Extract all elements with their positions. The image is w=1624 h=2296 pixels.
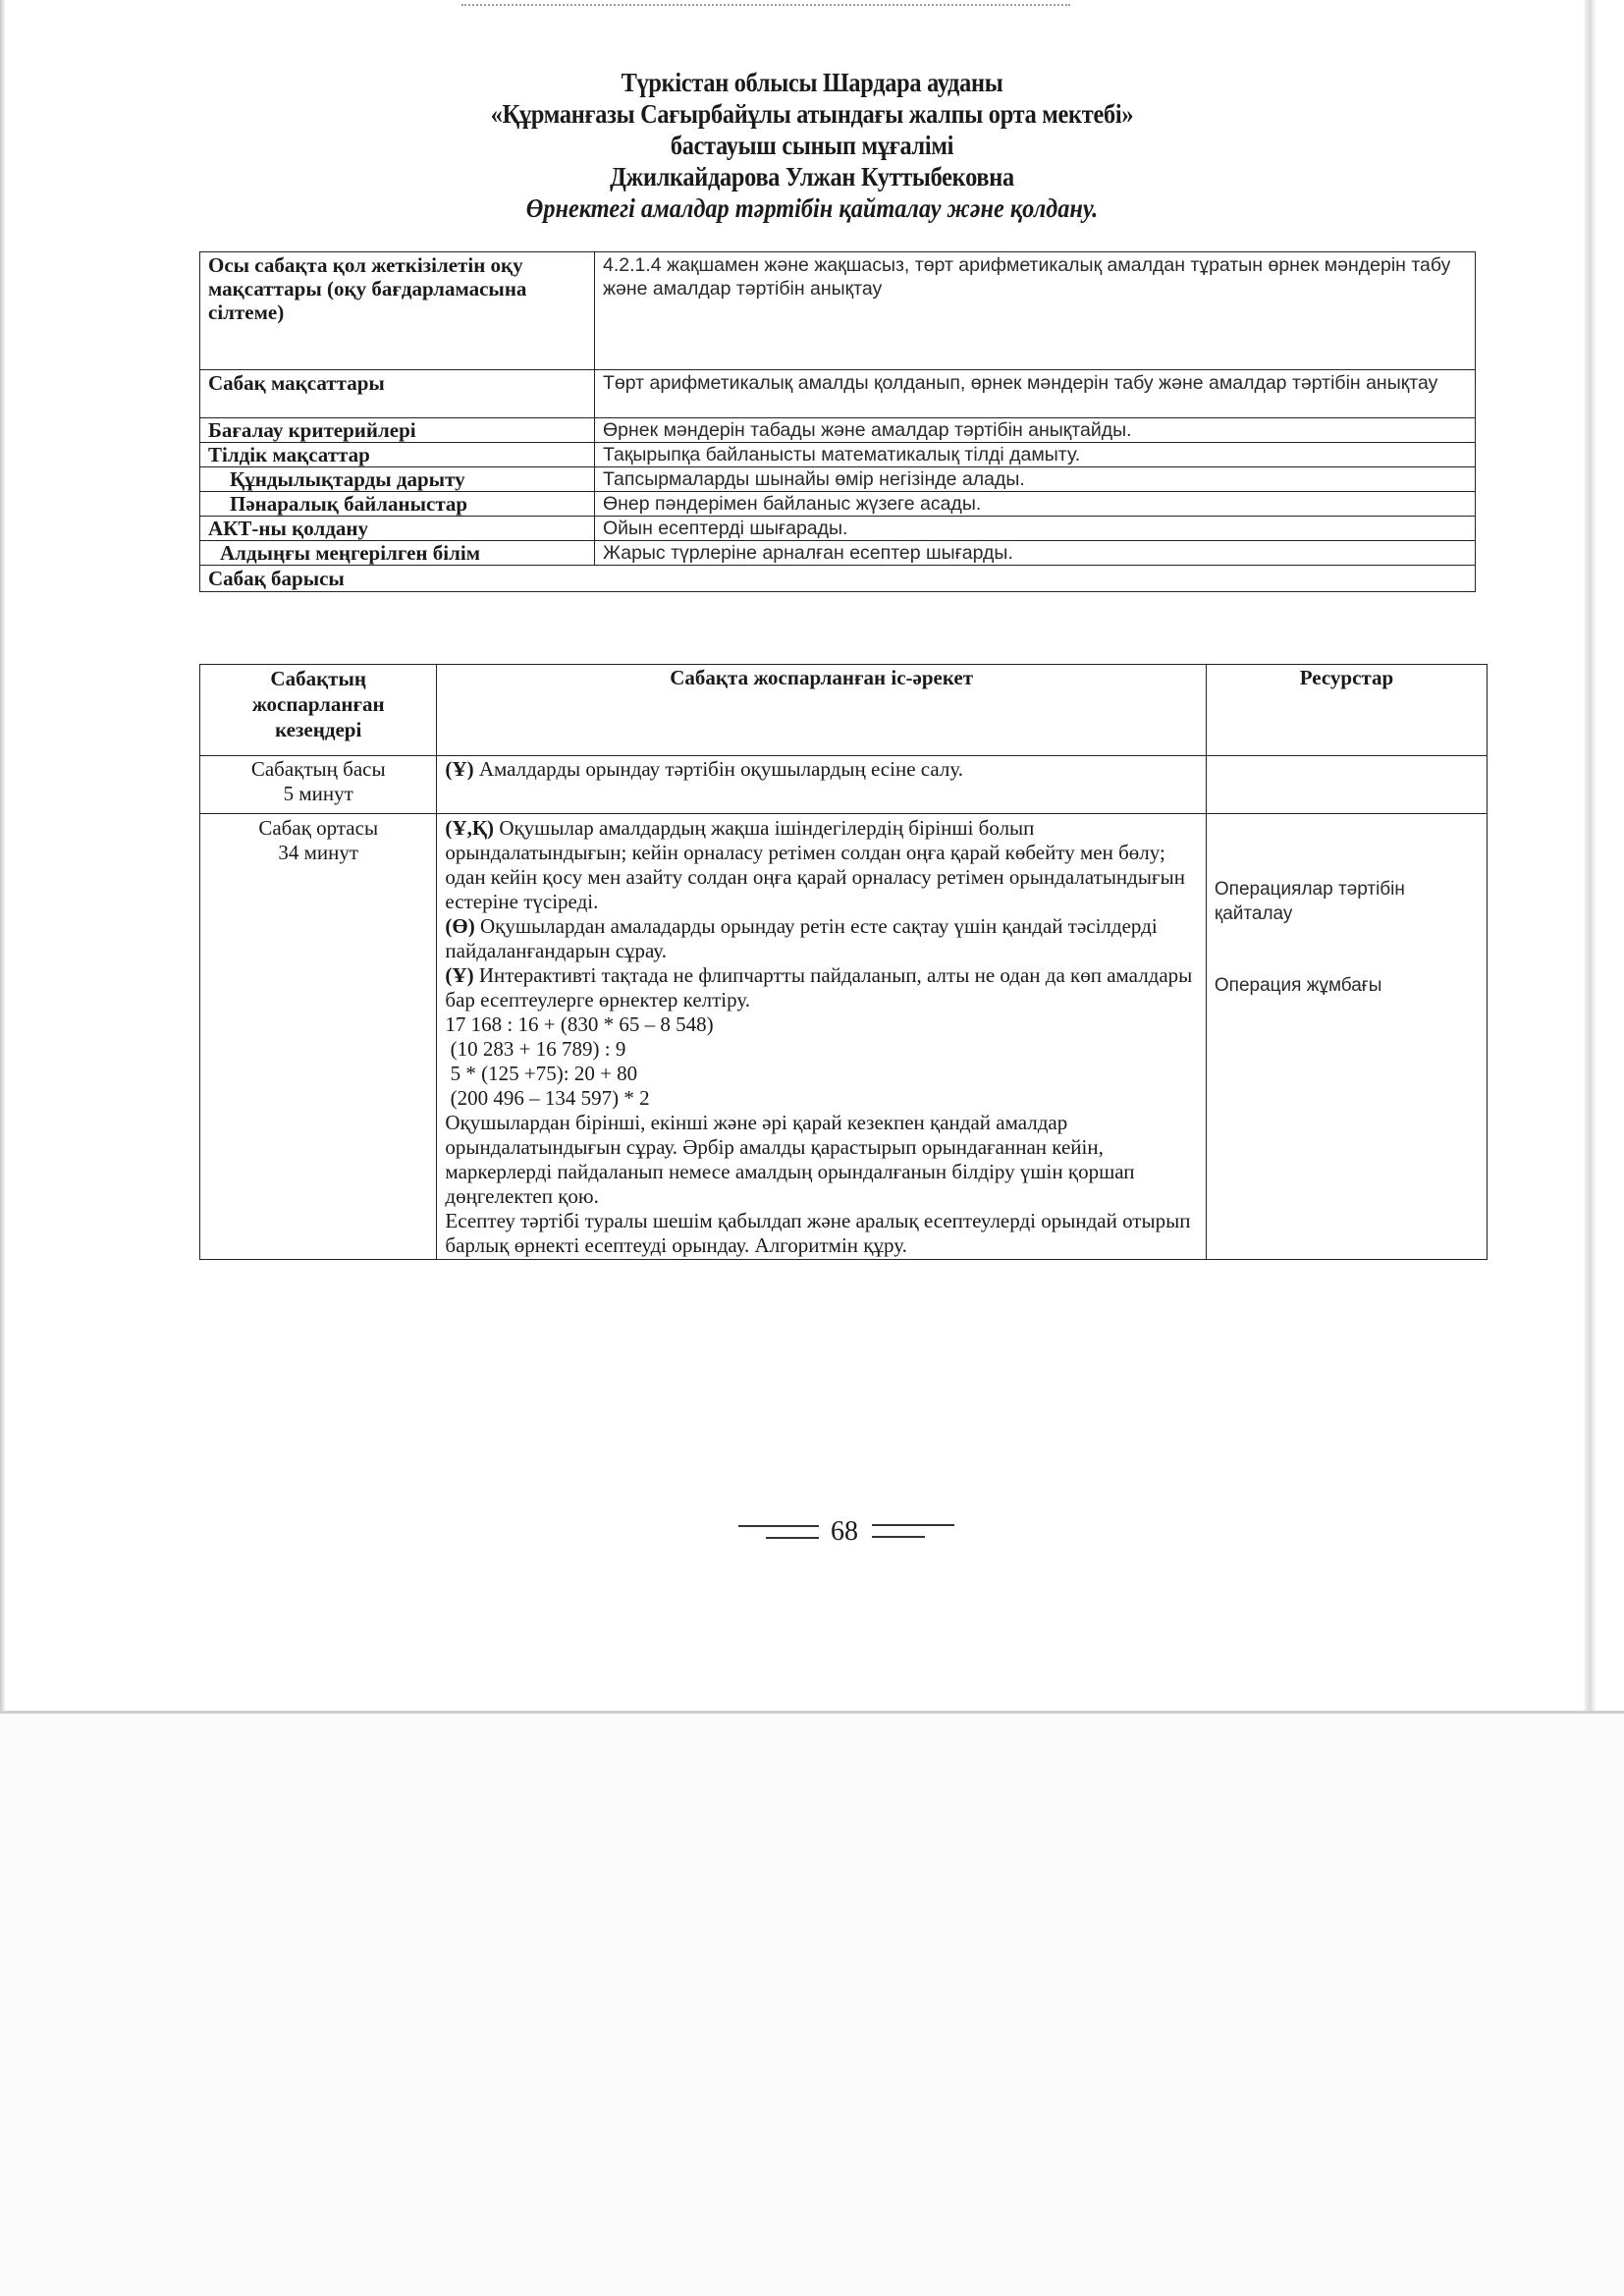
table-row: Сабақтың басы 5 минут (Ұ) Амалдарды орын… bbox=[200, 756, 1488, 814]
table-row: АКТ-ны қолдану Ойын есептерді шығарады. bbox=[200, 517, 1476, 541]
stage-duration: 5 минут bbox=[208, 782, 428, 806]
table-row: Пәнаралық байланыстар Өнер пәндерімен ба… bbox=[200, 492, 1476, 517]
activity-mark: (Ұ) bbox=[445, 963, 473, 987]
document-header: Түркістан облысы Шардара ауданы «Құрманғ… bbox=[0, 67, 1624, 224]
stage-duration: 34 минут bbox=[208, 841, 428, 865]
math-expression: 5 * (125 +75): 20 + 80 bbox=[445, 1062, 1197, 1086]
page-number: 68 bbox=[736, 1512, 952, 1552]
lesson-topic: Өрнектегі амалдар тәртібін қайталау және… bbox=[81, 192, 1543, 224]
activity-cell: (Ұ,Қ) Оқушылар амалдардың жақша ішіндегі… bbox=[437, 814, 1206, 1260]
activity-paragraph: (Ұ,Қ) Оқушылар амалдардың жақша ішіндегі… bbox=[445, 816, 1197, 914]
header-position: бастауыш сынып мұғалімі bbox=[81, 130, 1543, 161]
row-label: Осы сабақта қол жеткізілетін оқу мақсатт… bbox=[200, 252, 595, 370]
row-value: Төрт арифметикалық амалды қолданып, өрне… bbox=[595, 370, 1476, 418]
stage-cell: Сабақтың басы 5 минут bbox=[200, 756, 437, 814]
table-row: Сабақ мақсаттары Төрт арифметикалық амал… bbox=[200, 370, 1476, 418]
activity-text: Оқушылар амалдардың жақша ішіндегілердің… bbox=[445, 816, 1185, 913]
math-expression: 17 168 : 16 + (830 * 65 – 8 548) bbox=[445, 1012, 1197, 1037]
activity-mark: (Ө) bbox=[445, 914, 474, 938]
scanned-page: Түркістан облысы Шардара ауданы «Құрманғ… bbox=[0, 0, 1624, 1714]
header-region: Түркістан облысы Шардара ауданы bbox=[81, 67, 1543, 98]
row-value: Тапсырмаларды шынайы өмір негізінде алад… bbox=[595, 467, 1476, 492]
activity-text: Оқушылардан амаладарды орындау ретін ест… bbox=[445, 914, 1157, 962]
header-activity: Сабақта жоспарланған іс-әрекет bbox=[437, 665, 1206, 756]
activity-mark: (Ұ) bbox=[445, 757, 473, 781]
row-value: Тақырыпқа байланысты математикалық тілді… bbox=[595, 443, 1476, 467]
stage-name: Сабақтың басы bbox=[208, 757, 428, 782]
table-row: Осы сабақта қол жеткізілетін оқу мақсатт… bbox=[200, 252, 1476, 370]
header-resources: Ресурстар bbox=[1206, 665, 1487, 756]
lesson-overview-table: Осы сабақта қол жеткізілетін оқу мақсатт… bbox=[199, 251, 1476, 592]
row-value: Жарыс түрлеріне арналған есептер шығарды… bbox=[595, 541, 1476, 566]
activity-text: Интерактивті тақтада не флипчартты пайда… bbox=[445, 963, 1192, 1011]
row-label: Бағалау критерийлері bbox=[200, 418, 595, 443]
lesson-plan-table: Сабақтың жоспарланған кезеңдері Сабақта … bbox=[199, 664, 1488, 1260]
activity-paragraph: (Ұ) Интерактивті тақтада не флипчартты п… bbox=[445, 963, 1197, 1012]
resources-cell: Операциялар тәртібін қайталау Операция ж… bbox=[1206, 814, 1487, 1260]
math-expression: (10 283 + 16 789) : 9 bbox=[445, 1037, 1197, 1062]
activity-text: Амалдарды орындау тәртібін оқушылардың е… bbox=[474, 757, 963, 781]
activity-paragraph: Есептеу тәртібі туралы шешім қабылдап жә… bbox=[445, 1209, 1197, 1258]
section-title-row: Сабақ барысы bbox=[200, 566, 1476, 592]
header-school: «Құрманғазы Сағырбайұлы атындағы жалпы о… bbox=[81, 98, 1543, 130]
scan-edge-shadow-left bbox=[0, 0, 6, 1711]
scan-edge-shadow-right bbox=[1583, 0, 1597, 1711]
row-label: Тілдік мақсаттар bbox=[200, 443, 595, 467]
row-value: Өнер пәндерімен байланыс жүзеге асады. bbox=[595, 492, 1476, 517]
row-label: Пәнаралық байланыстар bbox=[200, 492, 595, 517]
section-title: Сабақ барысы bbox=[200, 566, 1476, 592]
activity-paragraph: Оқушылардан бірінші, екінші және әрі қар… bbox=[445, 1111, 1197, 1209]
resource-item: Операциялар тәртібін қайталау bbox=[1215, 877, 1479, 926]
row-value: Ойын есептерді шығарады. bbox=[595, 517, 1476, 541]
activity-cell: (Ұ) Амалдарды орындау тәртібін оқушылард… bbox=[437, 756, 1206, 814]
table-row: Бағалау критерийлері Өрнек мәндерін таба… bbox=[200, 418, 1476, 443]
resource-item: Операция жұмбағы bbox=[1215, 973, 1479, 998]
row-label: Алдыңғы меңгерілген білім bbox=[200, 541, 595, 566]
table-row: Алдыңғы меңгерілген білім Жарыс түрлерін… bbox=[200, 541, 1476, 566]
row-label: Құндылықтарды дарыту bbox=[200, 467, 595, 492]
stage-cell: Сабақ ортасы 34 минут bbox=[200, 814, 437, 1260]
top-dotted-border bbox=[461, 0, 1070, 6]
row-label: АКТ-ны қолдану bbox=[200, 517, 595, 541]
row-value: 4.2.1.4 жақшамен және жақшасыз, төрт ари… bbox=[595, 252, 1476, 370]
row-value: Өрнек мәндерін табады және амалдар тәрті… bbox=[595, 418, 1476, 443]
table-row: Тілдік мақсаттар Тақырыпқа байланысты ма… bbox=[200, 443, 1476, 467]
table-header-row: Сабақтың жоспарланған кезеңдері Сабақта … bbox=[200, 665, 1488, 756]
header-stages: Сабақтың жоспарланған кезеңдері bbox=[200, 665, 437, 756]
table-row: Сабақ ортасы 34 минут (Ұ,Қ) Оқушылар ама… bbox=[200, 814, 1488, 1260]
table-row: Құндылықтарды дарыту Тапсырмаларды шынай… bbox=[200, 467, 1476, 492]
stage-name: Сабақ ортасы bbox=[208, 816, 428, 841]
activity-mark: (Ұ,Қ) bbox=[445, 816, 494, 840]
math-expression: (200 496 – 134 597) * 2 bbox=[445, 1086, 1197, 1111]
activity-paragraph: (Ұ) Амалдарды орындау тәртібін оқушылард… bbox=[445, 757, 1197, 782]
header-teacher-name: Джилкайдарова Улжан Куттыбековна bbox=[81, 161, 1543, 192]
resources-cell bbox=[1206, 756, 1487, 814]
activity-paragraph: (Ө) Оқушылардан амаладарды орындау ретін… bbox=[445, 914, 1197, 963]
row-label: Сабақ мақсаттары bbox=[200, 370, 595, 418]
